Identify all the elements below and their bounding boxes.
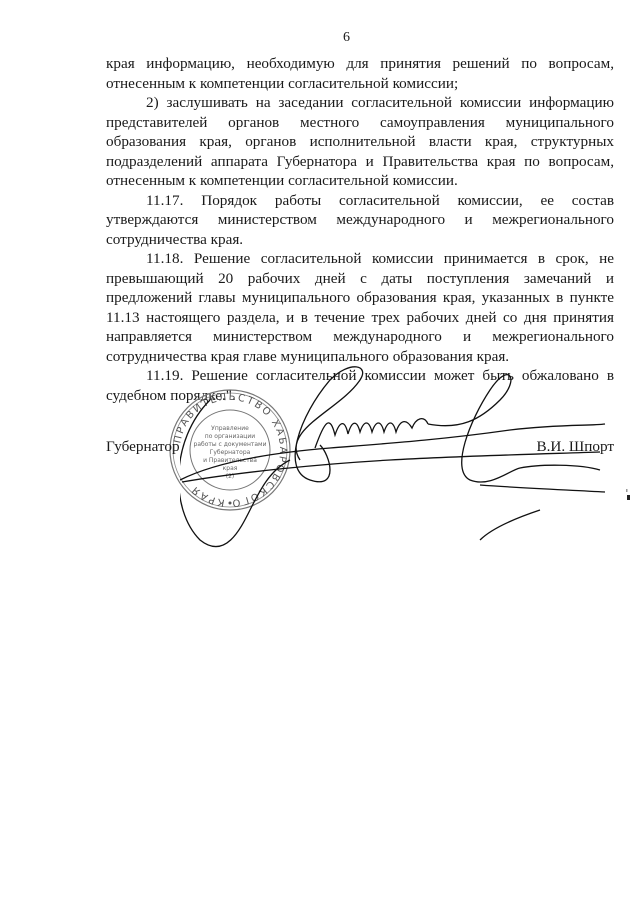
handwritten-signature — [180, 360, 620, 560]
paragraph: края информацию, необходимую для приняти… — [106, 54, 614, 93]
paragraph: 11.18. Решение согласительной комиссии п… — [106, 249, 614, 366]
paragraph: 2) заслушивать на заседании согласительн… — [106, 93, 614, 191]
scan-artifact — [626, 488, 630, 500]
paragraph: 11.17. Порядок работы согласительной ком… — [106, 191, 614, 250]
page-number: 6 — [28, 30, 637, 46]
signatory-title: Губернатор — [106, 438, 180, 456]
document-body: края информацию, необходимую для приняти… — [106, 54, 614, 405]
